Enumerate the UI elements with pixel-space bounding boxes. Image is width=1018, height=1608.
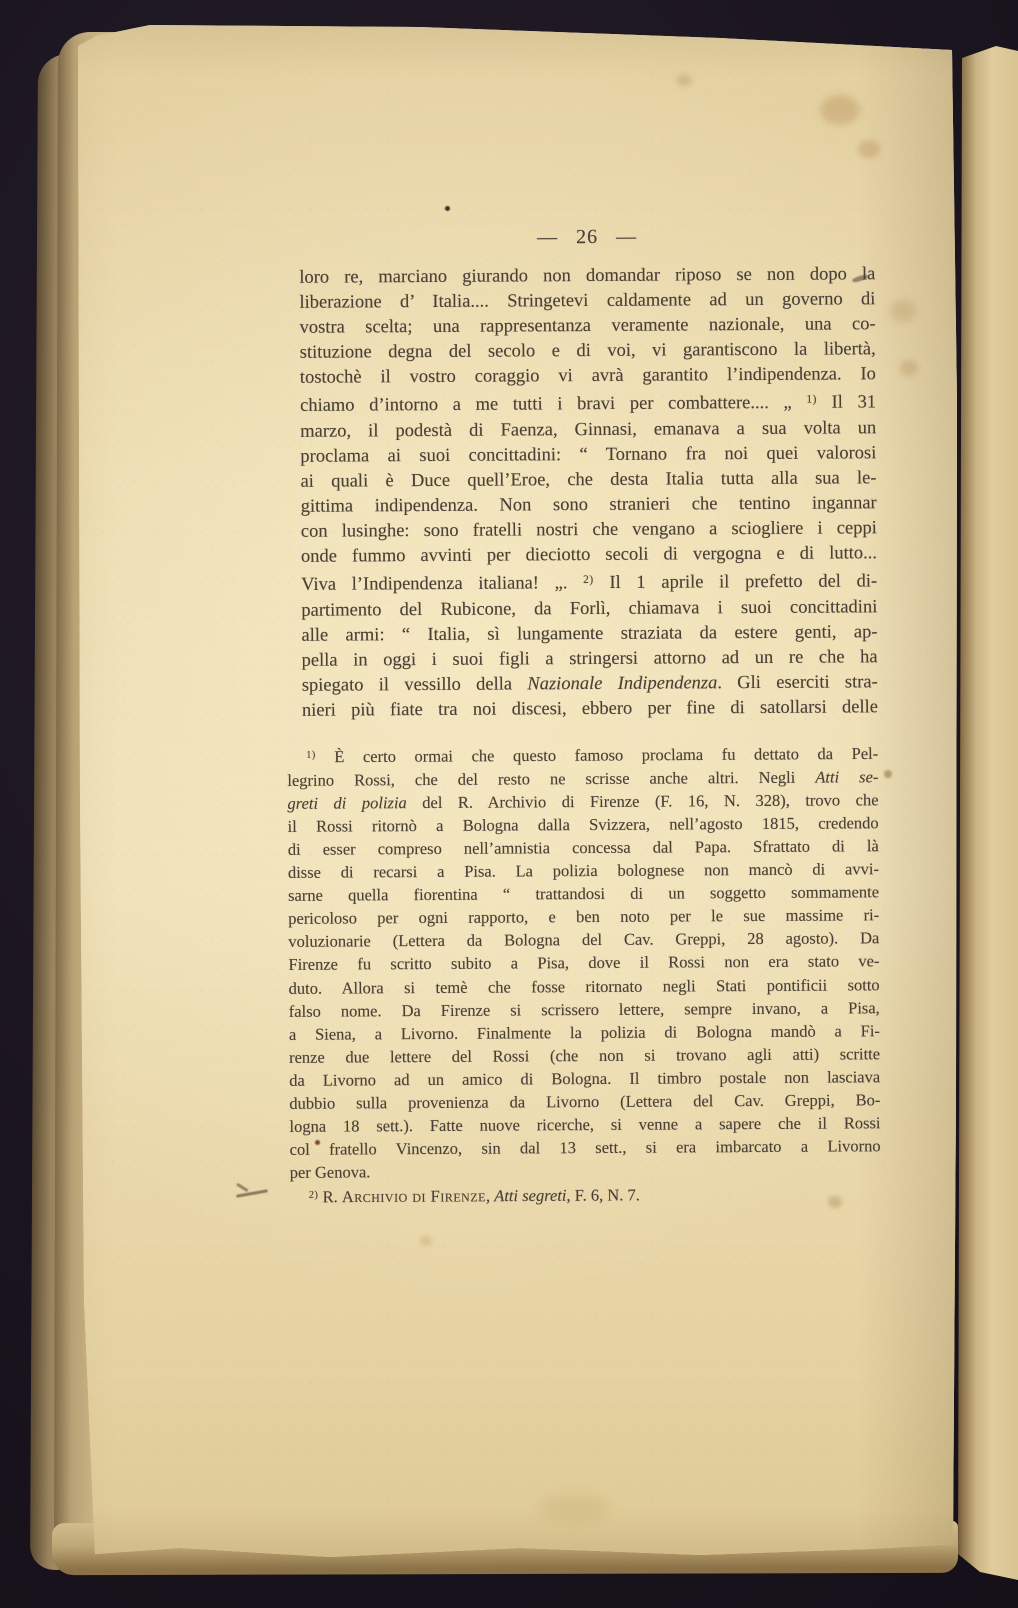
- body-line: nieri più fiate tra noi discesi, ebbero …: [302, 695, 878, 724]
- body-line: ai quali è Duce quell’Eroe, che desta It…: [300, 466, 876, 495]
- body-line: marzo, il podestà di Faenza, Ginnasi, em…: [300, 416, 876, 445]
- facing-page-edge: [956, 46, 1018, 1580]
- body-line: pella in oggi i suoi figli a stringersi …: [302, 645, 878, 674]
- body-line: chiamo d’intorno a me tutti i bravi per …: [300, 388, 876, 420]
- footnote-line: legrino Rossi, che del resto ne scrisse …: [287, 765, 878, 792]
- footnote-line: 2) R. Archivio di Firenze, Atti segreti,…: [290, 1181, 881, 1209]
- footnote-line: a Siena, a Livorno. Finalmente la polizi…: [289, 1019, 880, 1046]
- book-page: — 26 — loro re, marciano giurando non do…: [0, 0, 1018, 1608]
- body-line: gittima indipendenza. Non sono stranieri…: [301, 491, 877, 520]
- body-line: stituzione degna del secolo e di voi, vi…: [300, 338, 876, 367]
- body-line: con lusinghe: sono fratelli nostri che v…: [301, 516, 877, 545]
- body-line: spiegato il vessillo della Nazionale Ind…: [302, 670, 878, 699]
- body-line: alle armi: “ Italia, sì lungamente straz…: [301, 620, 877, 649]
- footnote-block: 1) È certo ormai che questo famoso procl…: [287, 740, 881, 1209]
- body-line: liberazione d’ Italia.... Stringetevi ca…: [299, 287, 875, 316]
- page-number: — 26 —: [299, 224, 875, 251]
- body-line: vostra scelta; una rappresentanza verame…: [300, 312, 876, 341]
- body-line: onde fummo avvinti per dieciotto secoli …: [301, 541, 877, 570]
- scanned-book-photo: — 26 — loro re, marciano giurando non do…: [0, 0, 1018, 1608]
- footnote-line: col fratello Vincenzo, sin dal 13 sett.,…: [290, 1134, 881, 1161]
- footnote-line: 1) È certo ormai che questo famoso procl…: [287, 740, 878, 768]
- footnote-line: duto. Allora si temè che fosse ritornato…: [289, 973, 880, 1000]
- footnote-line: falso nome. Da Firenze si scrissero lett…: [289, 996, 880, 1023]
- body-line: tostochè il vostro coraggio vi avrà gara…: [300, 363, 876, 392]
- body-text-block: loro re, marciano giurando non domandar …: [299, 262, 878, 724]
- body-line: partimento del Rubicone, da Forlì, chiam…: [301, 595, 877, 624]
- body-line: loro re, marciano giurando non domandar …: [299, 262, 875, 291]
- footnote-line: greti di polizia del R. Archivio di Fire…: [287, 788, 878, 815]
- page-content: — 26 — loro re, marciano giurando non do…: [0, 0, 1018, 1608]
- body-line: Viva l’Indipendenza italiana! „. 2) Il 1…: [301, 567, 877, 599]
- body-line: proclama ai suoi concittadini: “ Tornano…: [300, 441, 876, 470]
- footnote-line: renze due lettere del Rossi (che non si …: [289, 1042, 880, 1069]
- footnote-line: Firenze fu scritto subito a Pisa, dove i…: [288, 950, 879, 977]
